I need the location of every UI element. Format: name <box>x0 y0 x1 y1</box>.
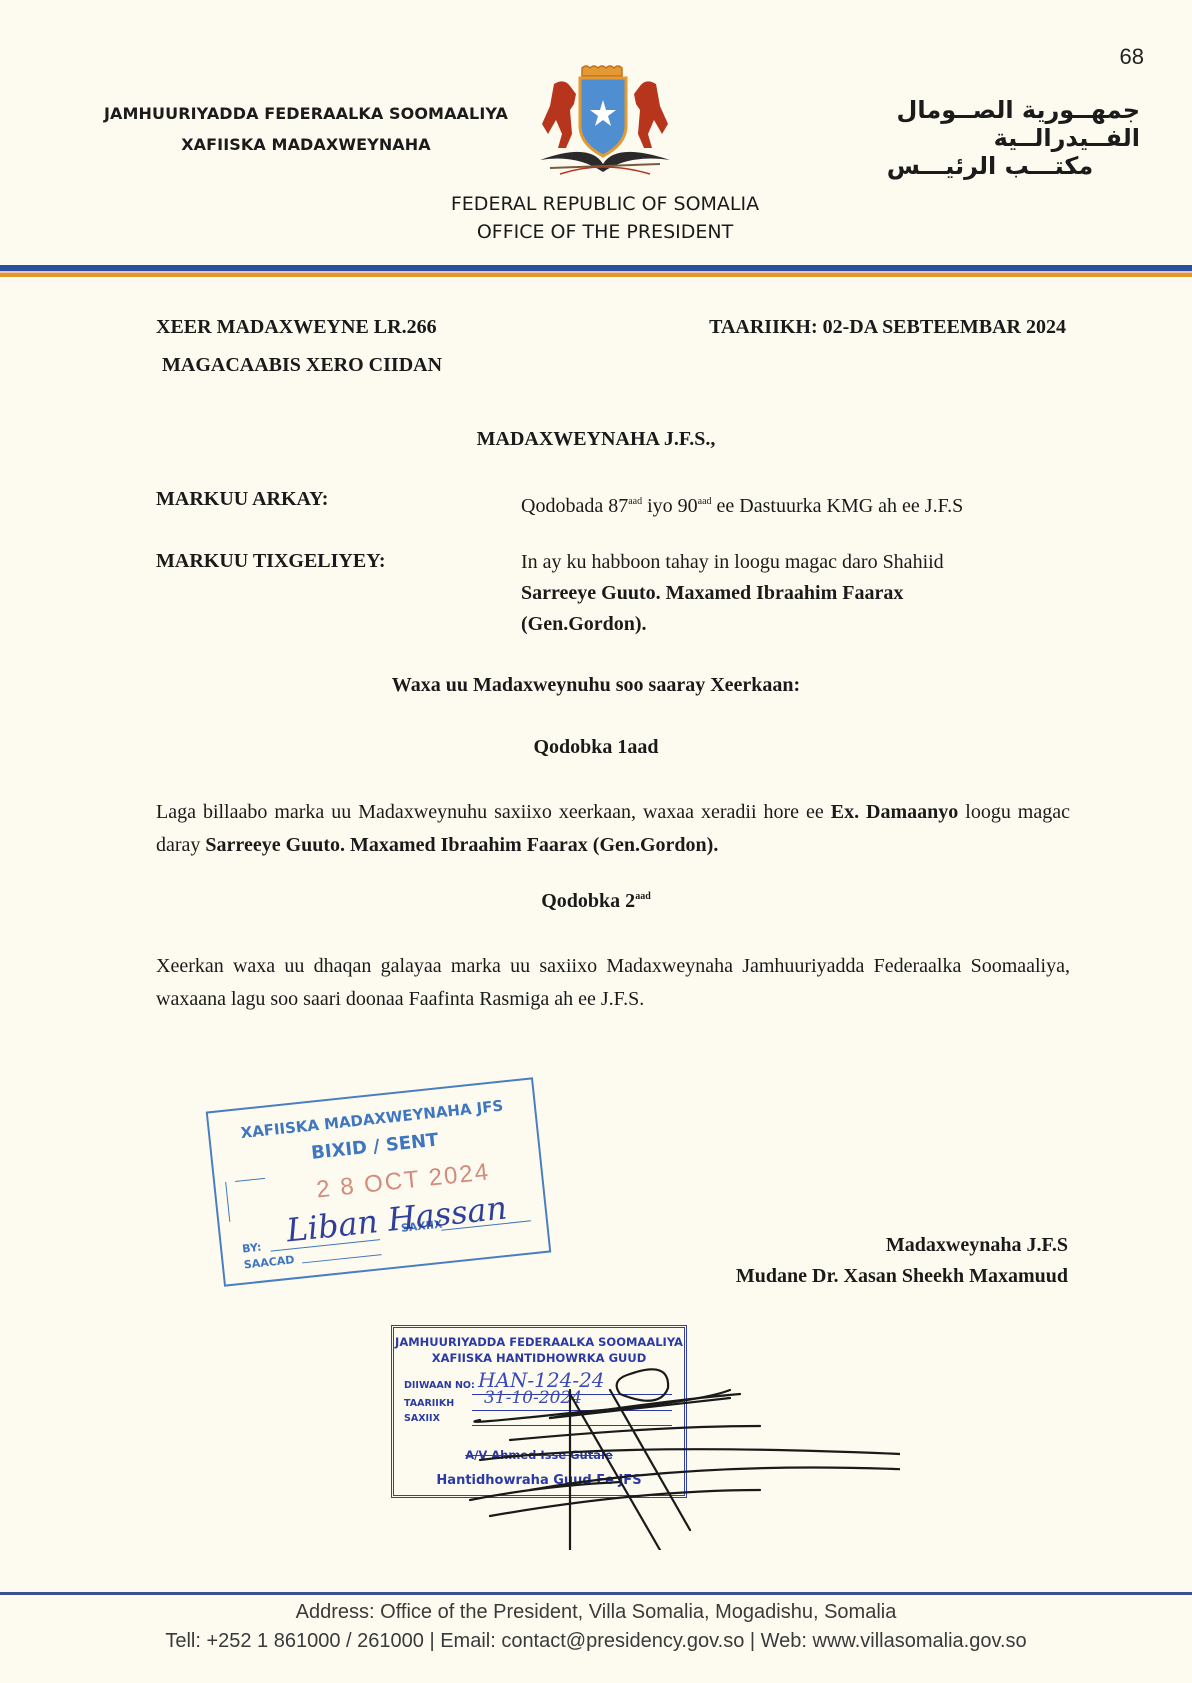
decree-subject: MAGACAABIS XERO CIIDAN <box>162 354 442 377</box>
sent-stamp: XAFIISKA MADAXWEYNAHA JFS BIXID / SENT 2… <box>206 1077 552 1286</box>
recital-text-tixgeliyey: In ay ku habboon tahay in loogu magac da… <box>521 547 1081 640</box>
letterhead-english-line1: FEDERAL REPUBLIC OF SOMALIA <box>400 190 810 218</box>
decree-authority: MADAXWEYNAHA J.F.S., <box>0 428 1192 451</box>
stamp-line <box>235 1178 265 1182</box>
sent-stamp-by-label: BY: <box>242 1241 262 1256</box>
article-1-title: Qodobka 1aad <box>0 736 1192 759</box>
header-rule-orange <box>0 273 1192 277</box>
recital-text-arkay: Qodobada 87aad iyo 90aad ee Dastuurka KM… <box>521 486 1081 522</box>
decree-reference: XEER MADAXWEYNE LR.266 <box>156 316 437 339</box>
letterhead-arabic-line1: جمهــورية الصــومال الفــيدرالــية <box>780 96 1140 152</box>
superscript: aad <box>628 496 642 507</box>
recital-label-arkay: MARKUU ARKAY: <box>156 488 328 511</box>
signature-scribble <box>420 1330 900 1550</box>
recital-line: In ay ku habboon tahay in loogu magac da… <box>521 547 1081 578</box>
superscript: aad <box>698 496 712 507</box>
somalia-coat-of-arms-icon <box>530 64 680 184</box>
article-1-text: Laga billaabo marka uu Madaxweynuhu saxi… <box>156 796 1070 862</box>
decree-date: TAARIIKH: 02-DA SEBTEEMBAR 2024 <box>709 316 1066 339</box>
footer-address: Address: Office of the President, Villa … <box>0 1598 1192 1627</box>
recital-line: (Gen.Gordon). <box>521 609 1081 640</box>
recital-text-part: Qodobada 87 <box>521 495 628 517</box>
stamp-line <box>302 1254 382 1263</box>
sent-stamp-time-label: SAACAD <box>243 1253 295 1271</box>
article-text: Laga billaabo marka uu Madaxweynuhu saxi… <box>156 801 831 823</box>
superscript: aad <box>635 891 651 902</box>
letterhead-english: FEDERAL REPUBLIC OF SOMALIA OFFICE OF TH… <box>400 190 810 246</box>
letterhead-english-line2: OFFICE OF THE PRESIDENT <box>400 218 810 246</box>
letterhead-somali-line1: JAMHUURIYADDA FEDERAALKA SOOMAALIYA <box>0 98 612 129</box>
article-text-bold: Sarreeye Guuto. Maxamed Ibraahim Faarax … <box>205 834 718 856</box>
signatory-title: Madaxweynaha J.F.S <box>736 1230 1068 1261</box>
letterhead-somali: JAMHUURIYADDA FEDERAALKA SOOMAALIYA XAFI… <box>0 98 612 160</box>
article-2-text: Xeerkan waxa uu dhaqan galayaa marka uu … <box>156 950 1070 1016</box>
article-2-title-text: Qodobka 2 <box>541 890 635 912</box>
article-2-title: Qodobka 2aad <box>0 890 1192 913</box>
recital-text-part: iyo 90 <box>642 495 698 517</box>
letterhead-somali-line2: XAFIISKA MADAXWEYNAHA <box>0 129 612 160</box>
footer-contact: Tell: +252 1 861000 / 261000 | Email: co… <box>0 1627 1192 1656</box>
signatory-block: Madaxweynaha J.F.S Mudane Dr. Xasan Shee… <box>736 1230 1068 1292</box>
signatory-name: Mudane Dr. Xasan Sheekh Maxamuud <box>736 1261 1068 1292</box>
enactment-clause: Waxa uu Madaxweynuhu soo saaray Xeerkaan… <box>0 674 1192 697</box>
stamp-line <box>225 1182 230 1222</box>
letterhead-arabic-line2: مكتـــب الرئيـــس <box>780 152 1140 180</box>
footer-rule <box>0 1592 1192 1595</box>
letterhead-arabic: جمهــورية الصــومال الفــيدرالــية مكتــ… <box>780 96 1140 180</box>
recital-label-tixgeliyey: MARKUU TIXGELIYEY: <box>156 550 385 573</box>
recital-text-part: ee Dastuurka KMG ah ee J.F.S <box>712 495 964 517</box>
footer: Address: Office of the President, Villa … <box>0 1598 1192 1656</box>
page-number: 68 <box>1120 44 1144 70</box>
recital-line: Sarreeye Guuto. Maxamed Ibraahim Faarax <box>521 578 1081 609</box>
article-text-bold: Ex. Damaanyo <box>831 801 959 823</box>
